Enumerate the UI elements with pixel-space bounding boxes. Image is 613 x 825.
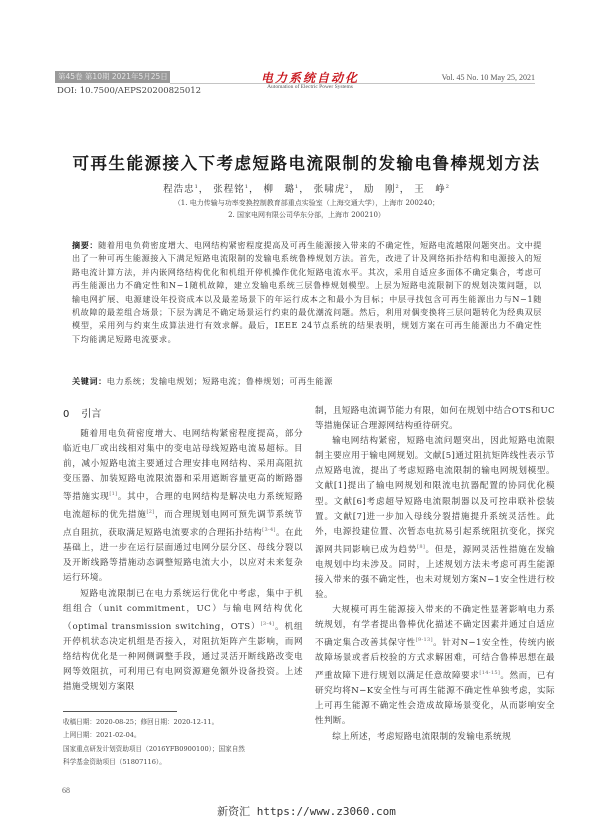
citation: [3-4] [261,621,275,627]
keywords-label: 关键词： [72,376,107,386]
footnote-funding: 国家重点研发计划资助项目（2016YFB0900100）；国家自然 [63,743,303,756]
author-list: 程浩忠1， 张程铭1， 柳 璐1， 张啸虎2， 励 刚2， 王 峥2 [0,181,613,195]
citation: [9-13] [416,637,433,643]
author: 张程铭 [213,184,245,195]
watermark: 新资汇 https://www.z3060.com [0,803,613,819]
paragraph: 短路电流限制已在电力系统运行优化中考虑，集中于机组组合（unit commitm… [63,587,303,696]
footnote-funding-cont: 科学基金资助项目（51807116）。 [63,756,303,769]
volume-info: Vol. 45 No. 10 May 25, 2021 [442,73,535,82]
affiliation-2: 2. 国家电网有限公司华东分部，上海市 200210） [0,210,613,220]
paragraph: 综上所述，考虑短路电流限制的发输电系统规 [315,730,555,745]
author: 程浩忠 [163,184,195,195]
keywords: 关键词：电力系统；发输电规划；短路电流；鲁棒规划；可再生能源 [72,376,542,387]
keywords-text: 电力系统；发输电规划；短路电流；鲁棒规划；可再生能源 [107,376,333,386]
paragraph: 大规模可再生能源接入带来的不确定性显著影响电力系统规划，有学者提出鲁棒优化描述不… [315,603,555,729]
citation: [14-15] [479,670,500,676]
footnotes: 收稿日期：2020-08-25；修回日期：2020-12-11。 上网日期：20… [63,716,303,769]
footnote-received: 收稿日期：2020-08-25；修回日期：2020-12-11。 [63,716,303,729]
citation: [2] [146,509,154,515]
author: 励 刚 [364,184,396,195]
paragraph: 随着用电负荷密度增大、电网结构紧密程度提高，部分临近电厂或出线相对集中的变电站母… [63,427,303,587]
footnote-rule [63,711,177,712]
footnote-online: 上网日期：2021-02-04。 [63,729,303,742]
right-column: 制，且短路电流调节能力有限，如何在规划中结合OTS和UC等措施保证合理源网结构亟… [315,404,555,745]
paper-title: 可再生能源接入下考虑短路电流限制的发输电鲁棒规划方法 [0,150,613,174]
citation: [1] [109,491,117,497]
abstract-label: 摘要： [72,240,98,250]
citation: [3-4] [262,527,276,533]
author: 王 峥 [414,184,446,195]
section-number: 0 [63,409,69,420]
abstract-text: 随着用电负荷密度增大、电网结构紧密程度提高及可再生能源接入带来的不确定性，短路电… [72,240,542,344]
doi: DOI: 10.7500/AEPS20200825012 [57,86,201,96]
citation: [8] [417,544,425,550]
section-title: 引言 [81,409,101,420]
page-number: 68 [62,786,70,795]
issue-band: 第45卷 第10期 2021年5月25日 [55,71,170,83]
affiliation-1: （1. 电力传输与功率变换控制教育部重点实验室（上海交通大学），上海市 2002… [0,198,613,208]
journal-name-en: Automation of Electric Power Systems [220,84,400,90]
paragraph: 输电网结构紧密，短路电流问题突出，因此短路电流限制主要应用于输电网规划。文献[5… [315,434,555,603]
paragraph: 制，且短路电流调节能力有限，如何在规划中结合OTS和UC等措施保证合理源网结构亟… [315,404,555,434]
left-column: 随着用电负荷密度增大、电网结构紧密程度提高，部分临近电厂或出线相对集中的变电站母… [63,427,303,695]
section-heading: 0引言 [63,405,113,420]
author: 张啸虎 [314,184,346,195]
abstract: 摘要：随着用电负荷密度增大、电网结构紧密程度提高及可再生能源接入带来的不确定性，… [72,239,542,346]
author: 柳 璐 [264,184,296,195]
